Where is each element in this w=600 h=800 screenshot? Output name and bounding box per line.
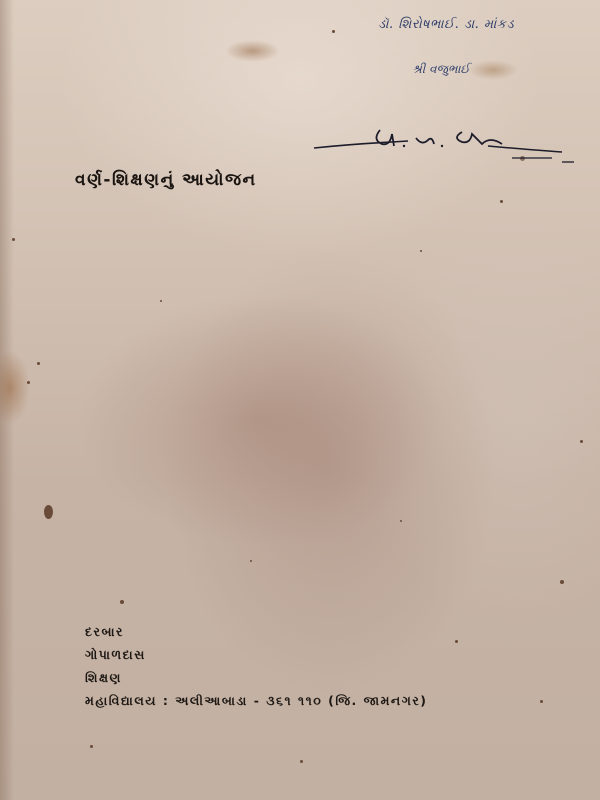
foxing-spot	[90, 745, 93, 748]
book-cover: ડૉ. શિરોષભાઈ. ડા. માંકડ શ્રી વજુભાઈ વર્ણ…	[0, 0, 600, 800]
foxing-spot	[27, 381, 30, 384]
foxing-spot	[160, 300, 162, 302]
spine-stain	[0, 350, 30, 425]
signature	[312, 124, 582, 174]
handwritten-name-note: શ્રી વજુભાઈ	[412, 62, 470, 77]
publisher-line-4: મહાવિદ્યાલય : અલીઆબાડા - ૩૬૧ ૧૧૦ (જિ. જા…	[85, 689, 428, 712]
foxing-spot	[44, 505, 53, 519]
foxing-spot	[580, 440, 583, 443]
foxing-spot	[37, 362, 40, 365]
publisher-line-1: દરબાર	[85, 620, 428, 643]
note-stain	[468, 60, 518, 80]
foxing-spot	[120, 600, 124, 604]
foxing-spot	[540, 700, 543, 703]
publisher-line-2: ગોપાળદાસ	[85, 643, 428, 666]
handwritten-owner-note: ડૉ. શિરોષભાઈ. ડા. માંકડ	[378, 17, 514, 32]
publisher-line-3: શિક્ષણ	[85, 666, 428, 689]
foxing-spot	[500, 200, 503, 203]
foxing-spot	[455, 640, 458, 643]
foxing-spot	[420, 250, 422, 252]
book-title: વર્ણ-શિક્ષણનું આયોજન	[75, 170, 257, 190]
foxing-spot	[400, 520, 402, 522]
foxing-spot	[332, 30, 335, 33]
top-stain	[225, 40, 280, 62]
foxing-spot	[12, 238, 15, 241]
foxing-spot	[250, 560, 252, 562]
publisher-block: દરબાર ગોપાળદાસ શિક્ષણ મહાવિદ્યાલય : અલીઆ…	[85, 620, 428, 712]
foxing-spot	[560, 580, 564, 584]
foxing-spot	[300, 760, 303, 763]
